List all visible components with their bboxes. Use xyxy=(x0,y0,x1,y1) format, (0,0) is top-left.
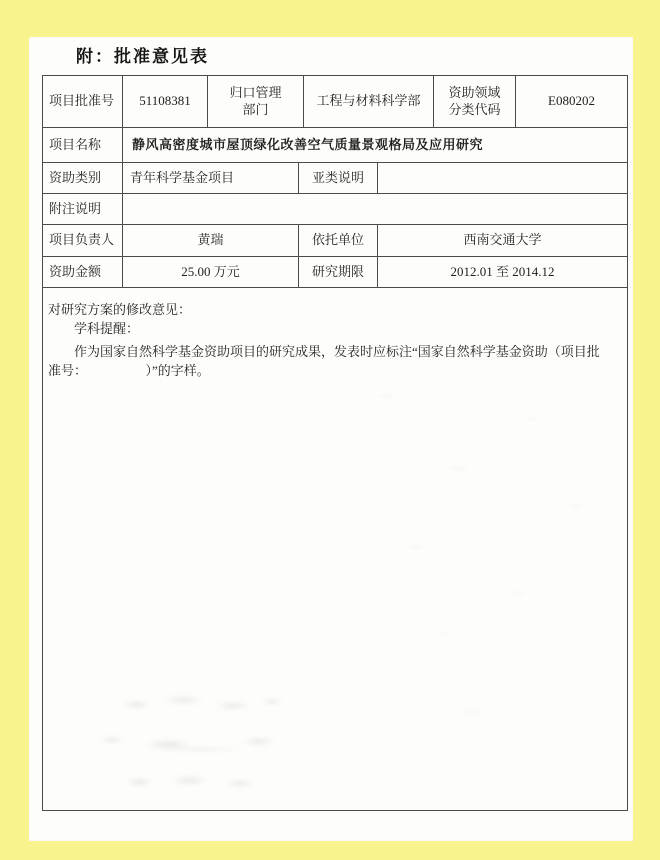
pi-value: 黄瑞 xyxy=(123,225,299,256)
subclass-value xyxy=(378,163,627,193)
approval-info-table: 项目批准号 51108381 归口管理 部门 工程与材料科学部 资助领域 分类代… xyxy=(42,75,628,811)
revision-opinion-section: 对研究方案的修改意见： 学科提醒： 作为国家自然科学基金资助项目的研究成果，发表… xyxy=(43,288,627,810)
category-value: 青年科学基金项目 xyxy=(123,163,299,193)
table-row-project-name: 项目名称 静风高密度城市屋顶绿化改善空气质量景观格局及应用研究 xyxy=(43,128,627,163)
management-dept-label: 归口管理 部门 xyxy=(208,76,304,127)
notes-value xyxy=(123,194,627,224)
field-code-label: 资助领域 分类代码 xyxy=(434,76,516,127)
document-page: 附：批准意见表 项目批准号 51108381 归口管理 部门 工程与材料科学部 … xyxy=(29,37,633,841)
table-row-notes: 附注说明 xyxy=(43,194,627,225)
approval-number-value: 51108381 xyxy=(123,76,208,127)
management-dept-value: 工程与材料科学部 xyxy=(304,76,434,127)
table-row-category: 资助类别 青年科学基金项目 亚类说明 xyxy=(43,163,627,194)
field-code-label-line2: 分类代码 xyxy=(448,102,500,118)
discipline-reminder: 学科提醒： xyxy=(48,319,621,338)
project-name-label: 项目名称 xyxy=(43,128,123,162)
pi-label: 项目负责人 xyxy=(43,225,123,256)
document-title: 附：批准意见表 xyxy=(76,42,209,67)
amount-label: 资助金额 xyxy=(43,257,123,287)
field-code-label-line1: 资助领域 xyxy=(448,85,500,101)
category-label: 资助类别 xyxy=(43,163,123,193)
period-label: 研究期限 xyxy=(299,257,378,287)
institution-value: 西南交通大学 xyxy=(378,225,627,256)
management-dept-label-line1: 归口管理 xyxy=(229,85,281,101)
table-row-funding-amount: 资助金额 25.00 万元 研究期限 2012.01 至 2014.12 xyxy=(43,257,627,288)
period-value: 2012.01 至 2014.12 xyxy=(378,257,627,287)
project-name-value: 静风高密度城市屋顶绿化改善空气质量景观格局及应用研究 xyxy=(123,128,627,162)
management-dept-label-line2: 部门 xyxy=(242,102,268,118)
amount-value: 25.00 万元 xyxy=(123,257,299,287)
institution-label: 依托单位 xyxy=(299,225,378,256)
funding-attribution-note-line1: 作为国家自然科学基金资助项目的研究成果，发表时应标注“国家自然科学基金资助（项目… xyxy=(48,342,621,361)
field-code-value: E080202 xyxy=(516,76,627,127)
funding-attribution-note-line2: 准号： ）”的字样。 xyxy=(48,361,621,380)
revision-opinion-heading: 对研究方案的修改意见： xyxy=(48,300,621,319)
table-row-principal-investigator: 项目负责人 黄瑞 依托单位 西南交通大学 xyxy=(43,225,627,257)
approval-number-label: 项目批准号 xyxy=(43,76,123,127)
notes-label: 附注说明 xyxy=(43,194,123,224)
table-row-revision-opinion: 对研究方案的修改意见： 学科提醒： 作为国家自然科学基金资助项目的研究成果，发表… xyxy=(43,288,627,810)
table-row-approval-number: 项目批准号 51108381 归口管理 部门 工程与材料科学部 资助领域 分类代… xyxy=(43,76,627,128)
subclass-label: 亚类说明 xyxy=(299,163,378,193)
